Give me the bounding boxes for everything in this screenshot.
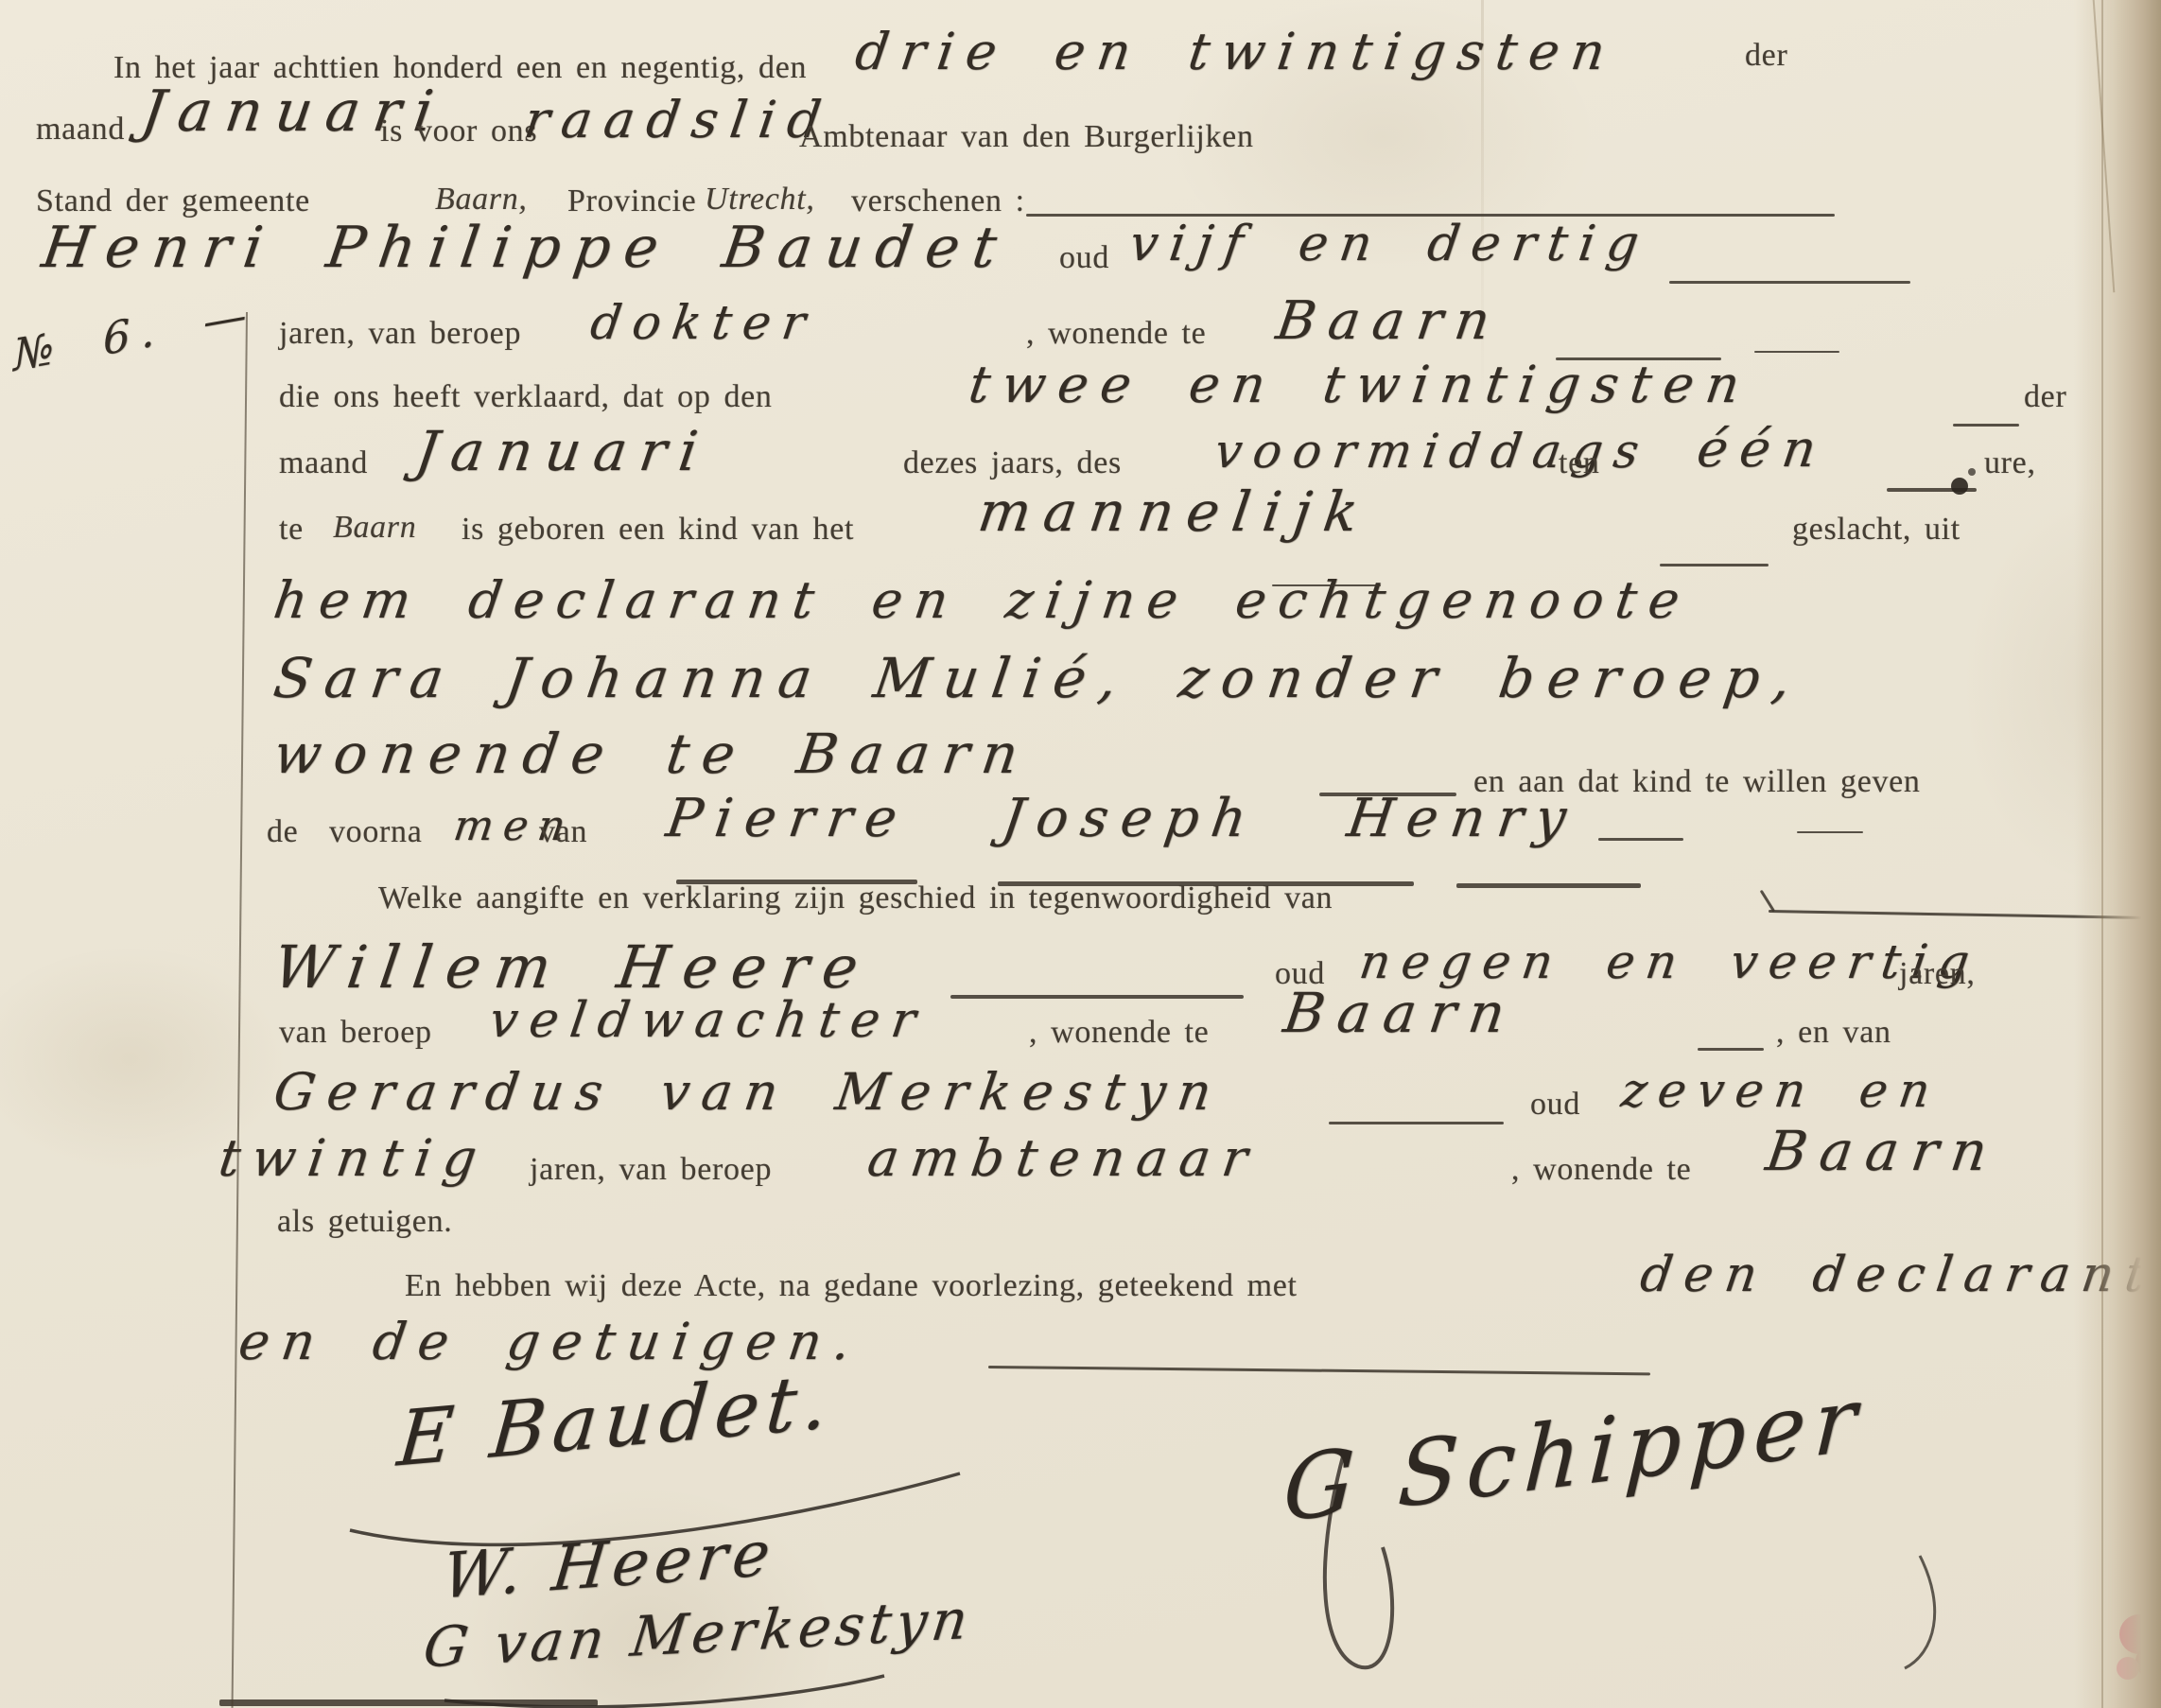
handwritten-text: Willem Heere (270, 938, 876, 997)
fill-line (1698, 1048, 1764, 1051)
printed-text: Welke aangifte en verklaring zijn geschi… (378, 882, 1333, 915)
printed-text: jaren, van beroep (530, 1154, 772, 1186)
printed-text: , wonende te (1029, 1017, 1209, 1049)
printed-text: Ambtenaar van den Burgerlijken (799, 121, 1254, 153)
fill-line (1887, 488, 1977, 492)
ink-blot (1968, 468, 1976, 476)
handwritten-text: vijf en dertig (1126, 219, 1653, 269)
handwritten-text: ambtenaar (864, 1133, 1263, 1184)
fill-line (1669, 281, 1910, 284)
fill-line (1760, 890, 1775, 913)
handwritten-text: dokter (587, 299, 819, 346)
handwritten-text: Henri Philippe Baudet (39, 219, 1014, 276)
printed-text: der (1745, 40, 1787, 72)
printed-text: , wonende te (1026, 318, 1206, 350)
printed-text: maand (279, 447, 368, 479)
fill-line (1754, 351, 1839, 353)
printed-text: is geboren een kind van het (462, 514, 854, 546)
handwritten-text: drie en twintigsten (852, 26, 1620, 78)
ink-blot (1951, 478, 1968, 495)
printed-text: oud (1059, 242, 1109, 274)
printed-italic-text: Baarn, (435, 183, 528, 216)
handwritten-text: Henry (1344, 793, 1582, 845)
signature: G Schipper (1281, 1375, 1867, 1537)
printed-text: jaren, (1899, 958, 1976, 990)
printed-text: ure, (1984, 447, 2036, 479)
handwritten-text: Gerardus van Merkestyn (270, 1067, 1227, 1118)
printed-text: der (2024, 381, 2066, 413)
printed-text: van (539, 816, 587, 848)
binding-crease (2101, 0, 2103, 1708)
printed-text: , wonende te (1511, 1154, 1691, 1186)
printed-text: die ons heeft verklaard, dat op den (279, 381, 773, 413)
page-edge (2074, 0, 2161, 1708)
printed-text: de (267, 816, 298, 848)
fill-line (1456, 883, 1641, 888)
handwritten-text: twee en twintigsten (966, 359, 1754, 410)
printed-text: , en van (1776, 1017, 1891, 1049)
handwritten-text: negen en veertig (1356, 938, 1983, 985)
handwritten-text: hem declarant en zijne echtgenoote (270, 575, 1695, 626)
margin-rule (232, 312, 248, 1708)
printed-italic-text: Baarn (333, 512, 416, 544)
fill-line (988, 1366, 1650, 1375)
handwritten-text: Baarn (1281, 985, 1522, 1040)
handwritten-text: Baarn (1273, 295, 1506, 348)
handwritten-text: Joseph (999, 793, 1262, 845)
document-page: In het jaar achttien honderd een en nege… (0, 0, 2161, 1708)
handwritten-text: Januari (412, 424, 714, 479)
printed-text: verschenen : (851, 185, 1025, 218)
printed-text: te (279, 514, 304, 546)
fill-line (1953, 424, 2019, 427)
signature-flourish (1905, 1556, 1935, 1668)
handwritten-text: Sara Johanna Mulié, zonder beroep, (270, 651, 1807, 706)
printed-text: ten (1559, 447, 1600, 479)
handwritten-text: zeven en (1618, 1067, 1943, 1114)
printed-text: oud (1530, 1089, 1580, 1121)
handwritten-text: Pierre (663, 793, 913, 845)
handwritten-text: Baarn (1763, 1124, 2004, 1178)
fill-line (1329, 1122, 1504, 1124)
fill-line (950, 995, 1244, 999)
signature: E Baudet. (394, 1363, 837, 1477)
handwritten-text: twintig (216, 1133, 492, 1184)
fill-line (219, 1699, 598, 1706)
fill-line (1660, 564, 1769, 566)
handwritten-text: wonende te Baarn (270, 726, 1035, 781)
printed-text: Provincie (567, 185, 696, 218)
fill-line (1272, 584, 1381, 586)
handwritten-text: en de getuigen. (235, 1316, 865, 1368)
signature: W. Heere (440, 1522, 778, 1608)
printed-text: maand (36, 113, 125, 146)
fill-line (1598, 838, 1683, 841)
printed-text: is voor ons (380, 115, 537, 148)
handwritten-text: veldwachter (486, 996, 930, 1045)
printed-text: jaren, van beroep (279, 318, 521, 350)
printed-italic-text: Utrecht, (705, 183, 815, 216)
printed-text: voorna (329, 816, 423, 848)
printed-text: geslacht, uit (1792, 514, 1961, 546)
printed-text: dezes jaars, des (903, 447, 1122, 479)
printed-text: als getuigen. (277, 1206, 452, 1238)
printed-text: Stand der gemeente (36, 185, 310, 218)
handwritten-text: № 6. — (12, 290, 257, 377)
handwritten-text: één (1694, 424, 1831, 475)
fill-line (1797, 831, 1863, 833)
handwritten-text: mannelijk (975, 484, 1374, 539)
printed-text: En hebben wij deze Acte, na gedane voorl… (405, 1270, 1298, 1302)
handwritten-text: raadslid (521, 95, 836, 146)
printed-text: van beroep (279, 1017, 432, 1049)
